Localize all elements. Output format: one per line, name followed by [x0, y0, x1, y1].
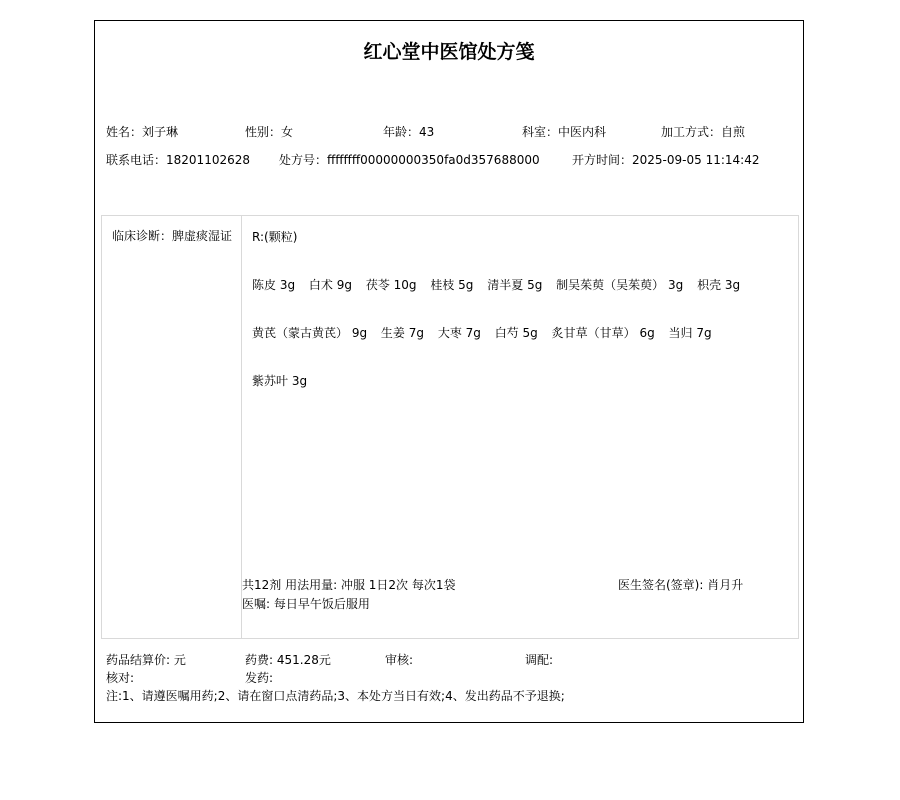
process-method: 加工方式：自煎 — [661, 123, 745, 140]
page-title: 红心堂中医馆处方笺 — [95, 37, 803, 64]
herb-item: 紫苏叶 3g — [252, 374, 307, 388]
herb-item: 制吴茱萸（吴茱萸） 3g — [556, 278, 683, 292]
dispense-field: 调配: — [525, 651, 553, 668]
contact-phone: 联系电话：18201102628 — [106, 151, 250, 168]
clinical-diagnosis: 临床诊断：脾虚痰湿证 — [112, 228, 237, 245]
prescription-table: 临床诊断：脾虚痰湿证 R:(颗粒) 陈皮 3g 白术 9g 茯苓 10g 桂枝 … — [101, 215, 799, 639]
herb-item: 清半夏 5g — [487, 278, 542, 292]
herb-item: 桂枝 5g — [430, 278, 473, 292]
check-field: 核对: — [106, 669, 134, 686]
issue-field: 发药: — [245, 669, 273, 686]
prescription-number: 处方号：ffffffff00000000350fa0d357688000 — [279, 151, 540, 168]
name-label: 姓名： — [106, 125, 142, 139]
doctor-label: 医生签名(签章): — [618, 578, 707, 592]
doctor-advice: 医嘱: 每日早午饭后服用 — [242, 595, 370, 612]
process-value: 自煎 — [721, 125, 745, 139]
dept-label: 科室： — [522, 125, 558, 139]
herb-item: 生姜 7g — [381, 326, 424, 340]
herb-line-2: 黄芪（蒙古黄芪） 9g 生姜 7g 大枣 7g 白芍 5g 炙甘草（甘草） 6g… — [252, 324, 722, 341]
usage-dosage: 共12剂 用法用量: 冲服 1日2次 每次1袋 — [242, 576, 455, 593]
herb-item: 陈皮 3g — [252, 278, 295, 292]
herb-item: 白芍 5g — [495, 326, 538, 340]
herb-item: 茯苓 10g — [366, 278, 417, 292]
gender-value: 女 — [281, 125, 293, 139]
herb-line-3: 紫苏叶 3g — [252, 372, 317, 389]
phone-label: 联系电话： — [106, 153, 166, 167]
diagnosis-value: 脾虚痰湿证 — [172, 229, 232, 243]
herb-item: 炙甘草（甘草） 6g — [552, 326, 655, 340]
column-divider — [241, 216, 242, 638]
process-label: 加工方式： — [661, 125, 721, 139]
drug-fee: 药费: 451.28元 — [245, 651, 331, 668]
herb-item: 枳壳 3g — [697, 278, 740, 292]
herb-item: 黄芪（蒙古黄芪） 9g — [252, 326, 367, 340]
rx-no-label: 处方号： — [279, 153, 327, 167]
department: 科室：中医内科 — [522, 123, 606, 140]
gender-label: 性别： — [245, 125, 281, 139]
rx-time-value: 2025-09-05 11:14:42 — [632, 153, 759, 167]
diagnosis-label: 临床诊断： — [112, 229, 172, 243]
age-label: 年龄： — [383, 125, 419, 139]
age-value: 43 — [419, 125, 434, 139]
review-field: 审核: — [385, 651, 413, 668]
patient-name: 姓名：刘子琳 — [106, 123, 178, 140]
settle-price: 药品结算价: 元 — [106, 651, 186, 668]
herb-item: 大枣 7g — [438, 326, 481, 340]
footer-note: 注:1、请遵医嘱用药;2、请在窗口点清药品;3、本处方当日有效;4、发出药品不予… — [106, 687, 565, 704]
herb-item: 白术 9g — [309, 278, 352, 292]
herb-item: 当归 7g — [669, 326, 712, 340]
patient-age: 年龄：43 — [383, 123, 434, 140]
doctor-signature: 医生签名(签章): 肖月升 — [618, 576, 743, 593]
prescription-time: 开方时间：2025-09-05 11:14:42 — [572, 151, 759, 168]
rx-time-label: 开方时间： — [572, 153, 632, 167]
prescription-sheet: 红心堂中医馆处方笺 姓名：刘子琳 性别：女 年龄：43 科室：中医内科 加工方式… — [94, 20, 804, 723]
rx-header: R:(颗粒) — [252, 228, 297, 245]
dept-value: 中医内科 — [558, 125, 606, 139]
herb-line-1: 陈皮 3g 白术 9g 茯苓 10g 桂枝 5g 清半夏 5g 制吴茱萸（吴茱萸… — [252, 276, 750, 293]
rx-no-value: ffffffff00000000350fa0d357688000 — [327, 153, 540, 167]
phone-value: 18201102628 — [166, 153, 250, 167]
name-value: 刘子琳 — [142, 125, 178, 139]
patient-gender: 性别：女 — [245, 123, 293, 140]
doctor-name: 肖月升 — [707, 578, 743, 592]
